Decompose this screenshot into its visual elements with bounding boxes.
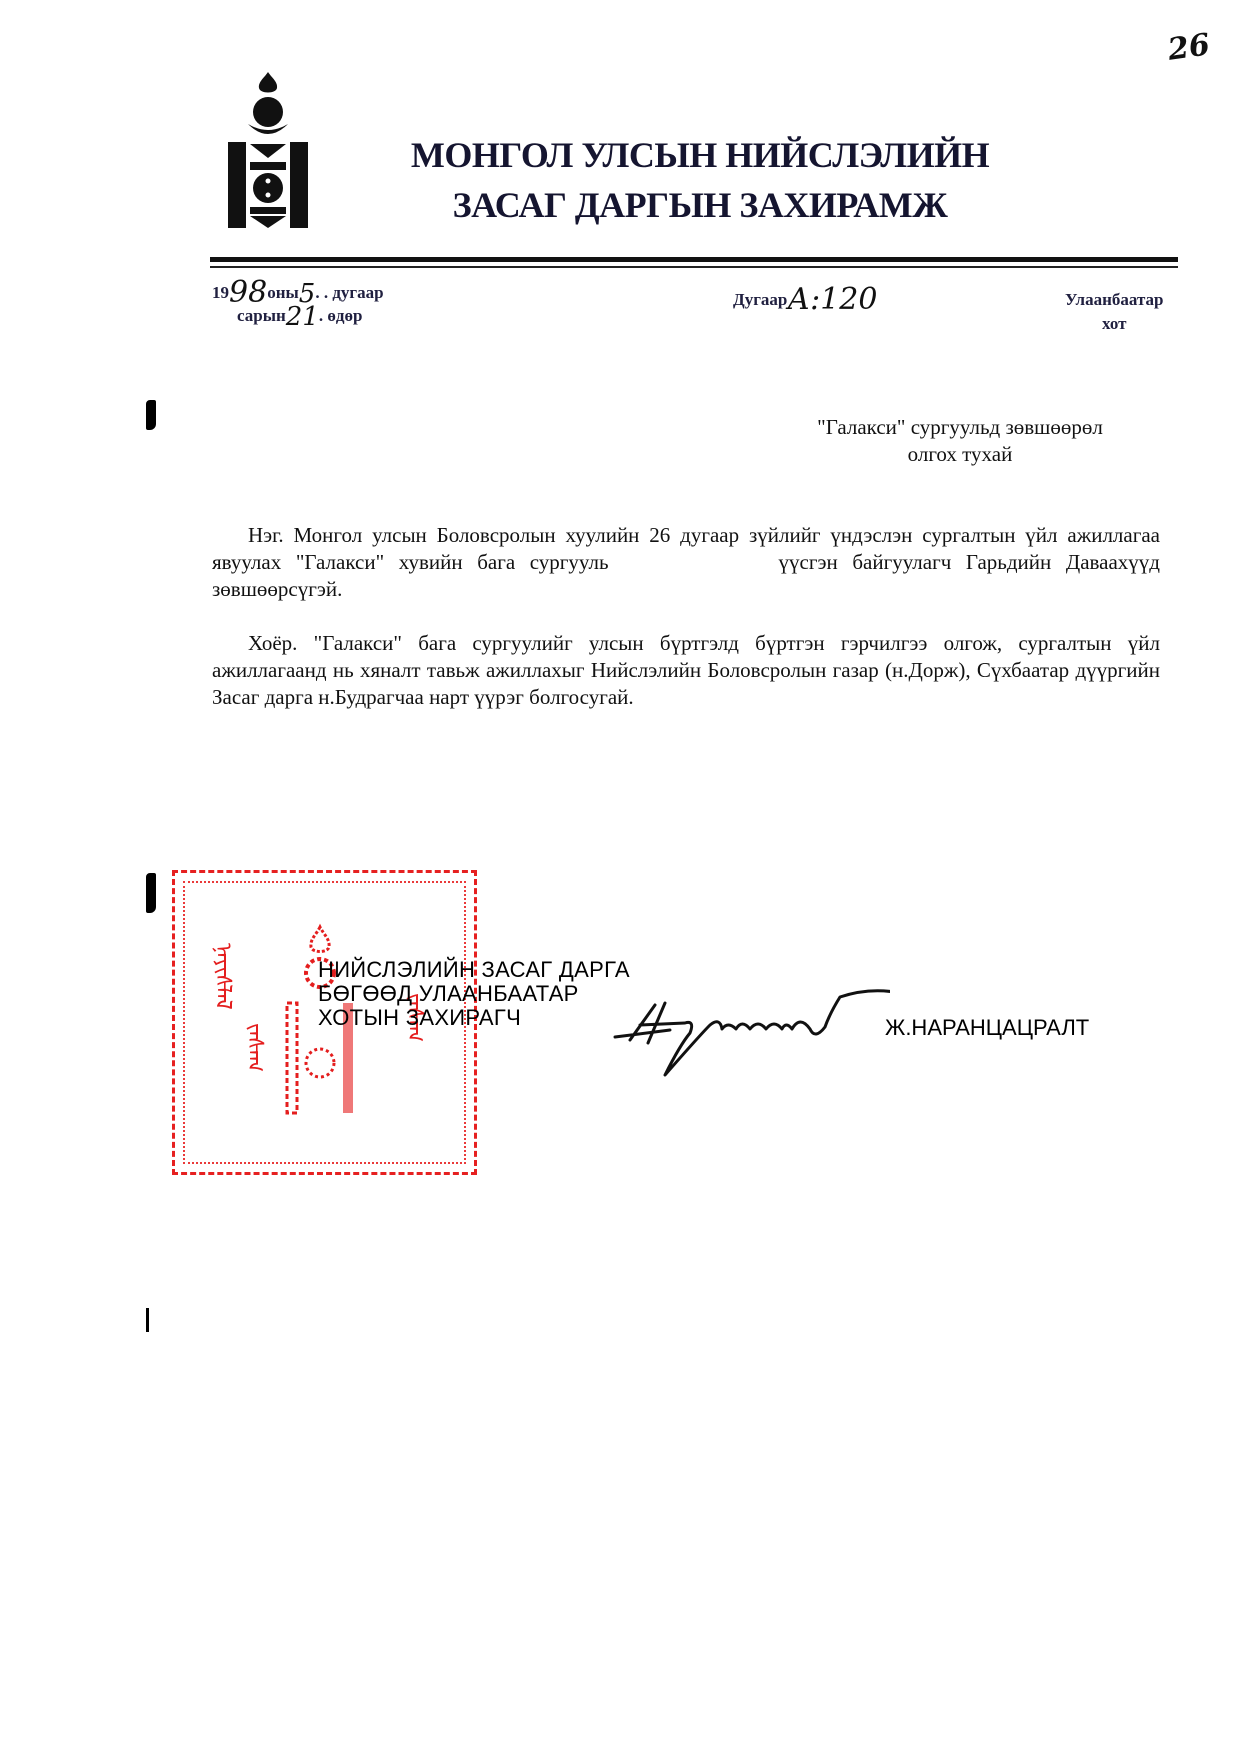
number-label: Дугаар [733,290,787,309]
signatory-title-line-3: ХОТЫН ЗАХИРАГЧ [318,1006,630,1030]
document-title: МОНГОЛ УЛСЫН НИЙСЛЭЛИЙН ЗАСАГ ДАРГЫН ЗАХ… [380,130,1020,230]
scan-artifact [146,1308,149,1332]
document-body: Нэг. Монгол улсын Боловсролын хуулийн 26… [212,522,1160,738]
document-number: ДугаарА:120 [733,282,877,317]
place-city: Улаанбаатар [1065,288,1163,312]
scan-artifact [146,400,156,430]
title-line-1: МОНГОЛ УЛСЫН НИЙСЛЭЛИЙН [380,130,1020,180]
document-subject: "Галакси" сургуульд зөвшөөрөл олгох туха… [770,414,1150,468]
paragraph-1: Нэг. Монгол улсын Боловсролын хуулийн 26… [212,522,1160,603]
handwritten-signature-icon [610,985,890,1085]
header-divider-thin [210,266,1178,268]
seal-mongol-script-left-2: ᠵᠠᠰᠠᠭ [235,1023,273,1072]
subject-line-2: олгох тухай [770,441,1150,468]
signatory-title-line-1: НИЙСЛЭЛИЙН ЗАСАГ ДАРГА [318,958,630,982]
soyombo-emblem-icon [228,70,308,230]
date-line-2: сарын21. өдөр [212,305,384,328]
scan-artifact [146,873,156,913]
signatory-title-line-2: БӨГӨӨД УЛААНБААТАР [318,982,630,1006]
title-line-2: ЗАСАГ ДАРГЫН ЗАХИРАМЖ [380,180,1020,230]
signatory-title: НИЙСЛЭЛИЙН ЗАСАГ ДАРГА БӨГӨӨД УЛААНБААТА… [318,958,630,1030]
header-divider-thick [210,257,1178,262]
subject-line-1: "Галакси" сургуульд зөвшөөрөл [770,414,1150,441]
date-block: 1998оны5. . дугаар сарын21. өдөр [212,282,384,328]
place-block: Улаанбаатар хот [1065,288,1163,336]
place-type: хот [1065,312,1163,336]
paragraph-2: Хоёр. "Галакси" бага сургуулийг улсын бү… [212,630,1160,711]
page-number: 26 [1166,27,1212,67]
handwritten-number: А:120 [787,282,877,317]
seal-mongol-script-left: ᠨᠡᠶᠢᠰᠯᠡᠯ [203,943,241,1010]
signer-name: Ж.НАРАНЦАЦРАЛТ [885,1015,1089,1041]
handwritten-day: 21 [286,302,319,332]
